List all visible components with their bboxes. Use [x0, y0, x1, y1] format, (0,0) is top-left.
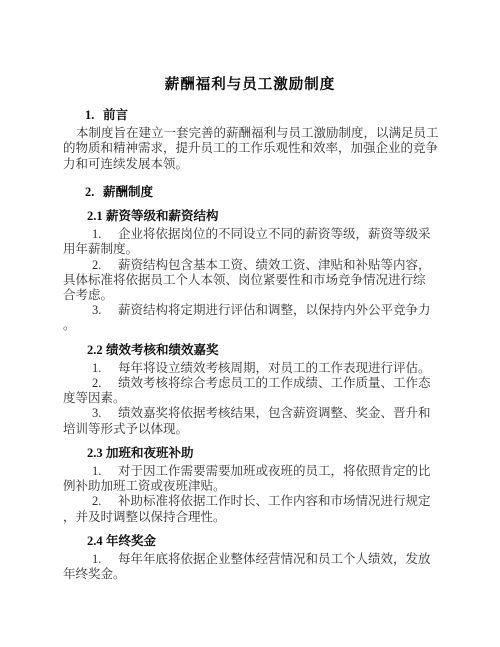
list-item-continuation: 培训等形式予以体现。: [63, 422, 437, 437]
list-item-text: 薪资结构将定期进行评估和调整，以保持内外公平竞争力: [118, 303, 431, 317]
list-item-continuation: ，并及时调整以保持合理性。: [63, 510, 437, 525]
list-item-continuation: 合考虑。: [63, 288, 437, 303]
list-item: 1.每年将设立绩效考核周期，对员工的工作表现进行评估。: [63, 361, 437, 376]
heading-overtime: 2.3加班和夜班补助: [87, 446, 437, 461]
heading-label: 薪资等级和薪资结构: [106, 209, 219, 223]
heading-number: 2.4: [87, 534, 106, 549]
section-overtime: 1.对于因工作需要需要加班或夜班的员工，将依照肯定的比 例补助加班工资或夜班津贴…: [63, 464, 437, 525]
list-item: 1.企业将依据岗位的不同设立不同的薪资等级，薪资等级采: [63, 227, 437, 242]
heading-label: 薪酬制度: [103, 185, 153, 199]
heading-number: 2.1: [87, 209, 106, 224]
paragraph-line: 力和可连续发展本领。: [63, 157, 437, 172]
list-item-text: 绩效考核将综合考虑员工的工作成绩、工作质量、工作态: [118, 376, 431, 390]
list-item: 3.薪资结构将定期进行评估和调整，以保持内外公平竞争力: [63, 303, 437, 318]
list-item-text: 每年年底将依据企业整体经营情况和员工个人绩效，发放: [118, 552, 431, 566]
heading-number: 1.: [85, 108, 103, 123]
list-item-number: 3.: [92, 406, 118, 421]
list-item-number: 2.: [92, 494, 118, 509]
list-item-continuation: 用年薪制度。: [63, 242, 437, 257]
list-item-continuation: 度等因素。: [63, 391, 437, 406]
document-title: 薪酬福利与员工激励制度: [63, 76, 437, 95]
list-item-number: 2.: [92, 258, 118, 273]
section-salary-structure: 1.企业将依据岗位的不同设立不同的薪资等级，薪资等级采 用年薪制度。 2.薪资结…: [63, 227, 437, 333]
list-item: 2.薪资结构包含基本工资、绩效工资、津贴和补贴等内容，: [63, 258, 437, 273]
list-item-text: 绩效嘉奖将依据考核结果，包含薪资调整、奖金、晋升和: [118, 406, 431, 420]
document-page: 薪酬福利与员工激励制度 1.前言 本制度旨在建立一套完善的薪酬福利与员工激励制度…: [0, 0, 500, 647]
list-item-continuation: 年终奖金。: [63, 567, 437, 582]
list-item: 3.绩效嘉奖将依据考核结果，包含薪资调整、奖金、晋升和: [63, 406, 437, 421]
list-item-text: 薪资结构包含基本工资、绩效工资、津贴和补贴等内容，: [118, 258, 431, 272]
heading-label: 加班和夜班补助: [106, 446, 194, 460]
list-item-text: 对于因工作需要需要加班或夜班的员工，将依照肯定的比: [118, 464, 431, 478]
preface-paragraph: 本制度旨在建立一套完善的薪酬福利与员工激励制度，以满足员工 的物质和精神需求，提…: [63, 126, 437, 172]
list-item: 1.对于因工作需要需要加班或夜班的员工，将依照肯定的比: [63, 464, 437, 479]
heading-preface: 1.前言: [85, 108, 437, 123]
list-item-continuation: 。: [63, 318, 437, 333]
list-item: 2.绩效考核将综合考虑员工的工作成绩、工作质量、工作态: [63, 376, 437, 391]
list-item-number: 1.: [92, 552, 118, 567]
heading-annual-bonus: 2.4年终奖金: [87, 534, 437, 549]
heading-label: 年终奖金: [106, 534, 156, 548]
heading-label: 前言: [103, 108, 128, 122]
paragraph-line: 本制度旨在建立一套完善的薪酬福利与员工激励制度，以满足员工: [63, 126, 437, 141]
list-item: 1.每年年底将依据企业整体经营情况和员工个人绩效，发放: [63, 552, 437, 567]
list-item-number: 1.: [92, 361, 118, 376]
list-item-continuation: 具体标准将依据员工个人本领、岗位紧要性和市场竞争情况进行综: [63, 273, 437, 288]
list-item-continuation: 例补助加班工资或夜班津贴。: [63, 479, 437, 494]
list-item-text: 企业将依据岗位的不同设立不同的薪资等级，薪资等级采: [118, 227, 431, 241]
heading-salary-structure: 2.1薪资等级和薪资结构: [87, 209, 437, 224]
paragraph-line: 的物质和精神需求，提升员工的工作乐观性和效率，加强企业的竞争: [63, 141, 437, 156]
heading-compensation: 2.薪酬制度: [85, 185, 437, 200]
list-item-number: 1.: [92, 227, 118, 242]
heading-number: 2.3: [87, 446, 106, 461]
heading-number: 2.: [85, 185, 103, 200]
section-performance: 1.每年将设立绩效考核周期，对员工的工作表现进行评估。 2.绩效考核将综合考虑员…: [63, 361, 437, 437]
list-item-text: 每年将设立绩效考核周期，对员工的工作表现进行评估。: [118, 361, 431, 375]
list-item-number: 2.: [92, 376, 118, 391]
heading-number: 2.2: [87, 343, 106, 358]
heading-label: 绩效考核和绩效嘉奖: [106, 343, 219, 357]
list-item-number: 1.: [92, 464, 118, 479]
list-item-text: 补助标准将依据工作时长、工作内容和市场情况进行规定: [118, 494, 431, 508]
section-annual-bonus: 1.每年年底将依据企业整体经营情况和员工个人绩效，发放 年终奖金。: [63, 552, 437, 582]
heading-performance: 2.2绩效考核和绩效嘉奖: [87, 343, 437, 358]
list-item: 2.补助标准将依据工作时长、工作内容和市场情况进行规定: [63, 494, 437, 509]
list-item-number: 3.: [92, 303, 118, 318]
